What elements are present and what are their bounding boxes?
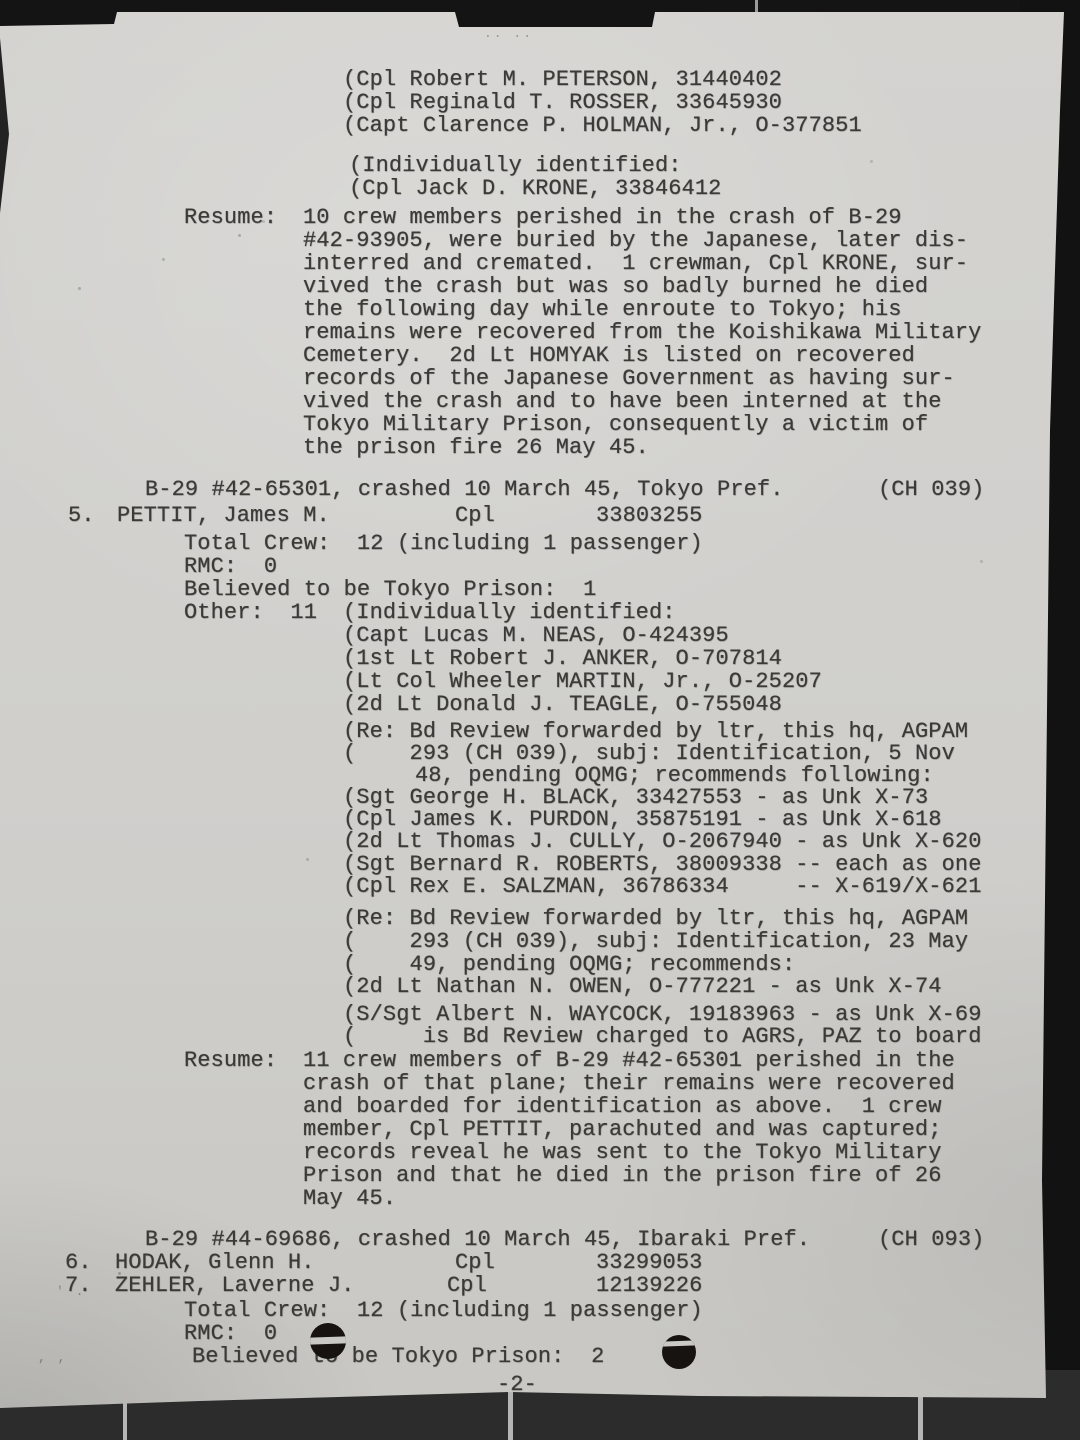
paper-speck	[980, 560, 983, 563]
paper-speck	[306, 858, 309, 861]
scanned-document-photo: (Cpl Robert M. PETERSON, 31440402(Cpl Re…	[0, 0, 1080, 1440]
paper-speck	[262, 220, 265, 223]
tile-seam	[508, 1386, 513, 1440]
paper-speck	[162, 258, 165, 261]
noise-layer: .. ..' ., ,	[0, 0, 1080, 1440]
stray-mark: .. ..	[484, 26, 533, 41]
paper-speck	[118, 1272, 121, 1275]
stray-mark: , ,	[38, 1350, 67, 1365]
stray-mark: ' .	[56, 1284, 85, 1299]
paper-speck	[238, 234, 241, 237]
tile-seam	[755, 0, 758, 13]
paper-speck	[870, 160, 873, 163]
paper-sheet: (Cpl Robert M. PETERSON, 31440402(Cpl Re…	[0, 0, 1080, 1440]
paper-speck	[78, 287, 81, 290]
